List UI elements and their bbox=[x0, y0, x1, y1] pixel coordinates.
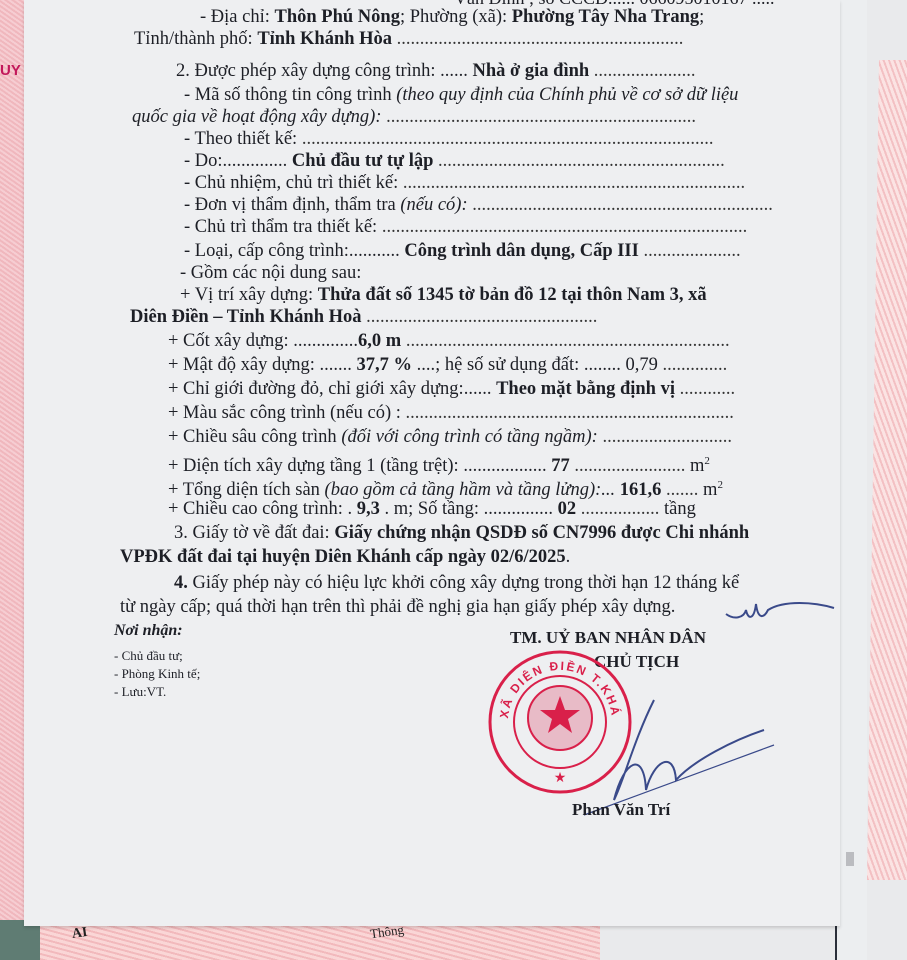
made-by-line: - Do:.............. Chủ đầu tư tự lập ..… bbox=[184, 150, 725, 172]
background-certificate-left bbox=[0, 0, 24, 930]
design-line: - Theo thiết kế: .......................… bbox=[184, 128, 713, 150]
signature-icon bbox=[564, 680, 804, 820]
contents-line: - Gồm các nội dung sau: bbox=[180, 262, 361, 284]
background-green-corner bbox=[0, 920, 40, 960]
paper-mark bbox=[846, 852, 854, 866]
background-certificate-right bbox=[867, 60, 907, 880]
elevation-line: + Cốt xây dựng: ..............6,0 m ....… bbox=[168, 330, 730, 352]
background-certificate-bottom bbox=[40, 924, 600, 960]
recipients-heading: Nơi nhận: bbox=[114, 622, 183, 640]
recipient-item: - Chủ đầu tư; bbox=[114, 648, 183, 664]
info-code-line: - Mã số thông tin công trình (theo quy đ… bbox=[184, 84, 738, 106]
section-3-line-2: VPĐK đất đai tại huyện Diên Khánh cấp ng… bbox=[120, 546, 570, 568]
recipient-item: - Lưu:VT. bbox=[114, 684, 166, 700]
type-line: - Loại, cấp công trình:........... Công … bbox=[184, 240, 741, 262]
depth-line: + Chiều sâu công trình (đối với công trì… bbox=[168, 426, 732, 448]
section-3-line: 3. Giấy tờ về đất đai: Giấy chứng nhận Q… bbox=[174, 522, 749, 544]
signer-name: Phan Văn Trí bbox=[572, 800, 670, 820]
section-2-heading: 2. Được phép xây dựng công trình: ......… bbox=[176, 60, 696, 82]
permit-document: Văn Đình ; số CCCD...... 066095010167 ..… bbox=[24, 0, 840, 926]
boundary-line: + Chỉ giới đường đỏ, chỉ giới xây dựng:.… bbox=[168, 378, 735, 400]
location-line-2: Diên Điền – Tỉnh Khánh Hoà .............… bbox=[130, 306, 597, 328]
info-code-line-2: quốc gia về hoạt động xây dựng): .......… bbox=[132, 106, 696, 128]
density-line: + Mật độ xây dựng: ....... 37,7 % ....; … bbox=[168, 354, 727, 376]
section-4-line-2: từ ngày cấp; quá thời hạn trên thì phải … bbox=[120, 596, 675, 618]
background-certificate-text: UY bbox=[0, 62, 21, 79]
address-line: - Địa chỉ: Thôn Phú Nông; Phường (xã): P… bbox=[200, 6, 704, 28]
appraisal-lead-line: - Chủ trì thẩm tra thiết kế: ...........… bbox=[184, 216, 747, 238]
height-line: + Chiều cao công trình: . 9,3 . m; Số tầ… bbox=[168, 498, 696, 520]
province-line: Tỉnh/thành phố: Tỉnh Khánh Hòa .........… bbox=[134, 28, 683, 50]
signer-organization: TM. UỶ BAN NHÂN DÂN bbox=[510, 628, 706, 648]
color-line: + Màu sắc công trình (nếu có) : ........… bbox=[168, 402, 734, 424]
location-line: + Vị trí xây dựng: Thửa đất số 1345 tờ b… bbox=[180, 284, 707, 306]
appraisal-unit-line: - Đơn vị thẩm định, thẩm tra (nếu có): .… bbox=[184, 194, 773, 216]
recipient-item: - Phòng Kinh tế; bbox=[114, 666, 200, 682]
initial-mark-icon bbox=[724, 590, 844, 630]
background-bottom-text: AI bbox=[71, 925, 89, 943]
section-4-line: 4. Giấy phép này có hiệu lực khởi công x… bbox=[174, 572, 739, 594]
lead-designer-line: - Chủ nhiệm, chủ trì thiết kế: .........… bbox=[184, 172, 745, 194]
